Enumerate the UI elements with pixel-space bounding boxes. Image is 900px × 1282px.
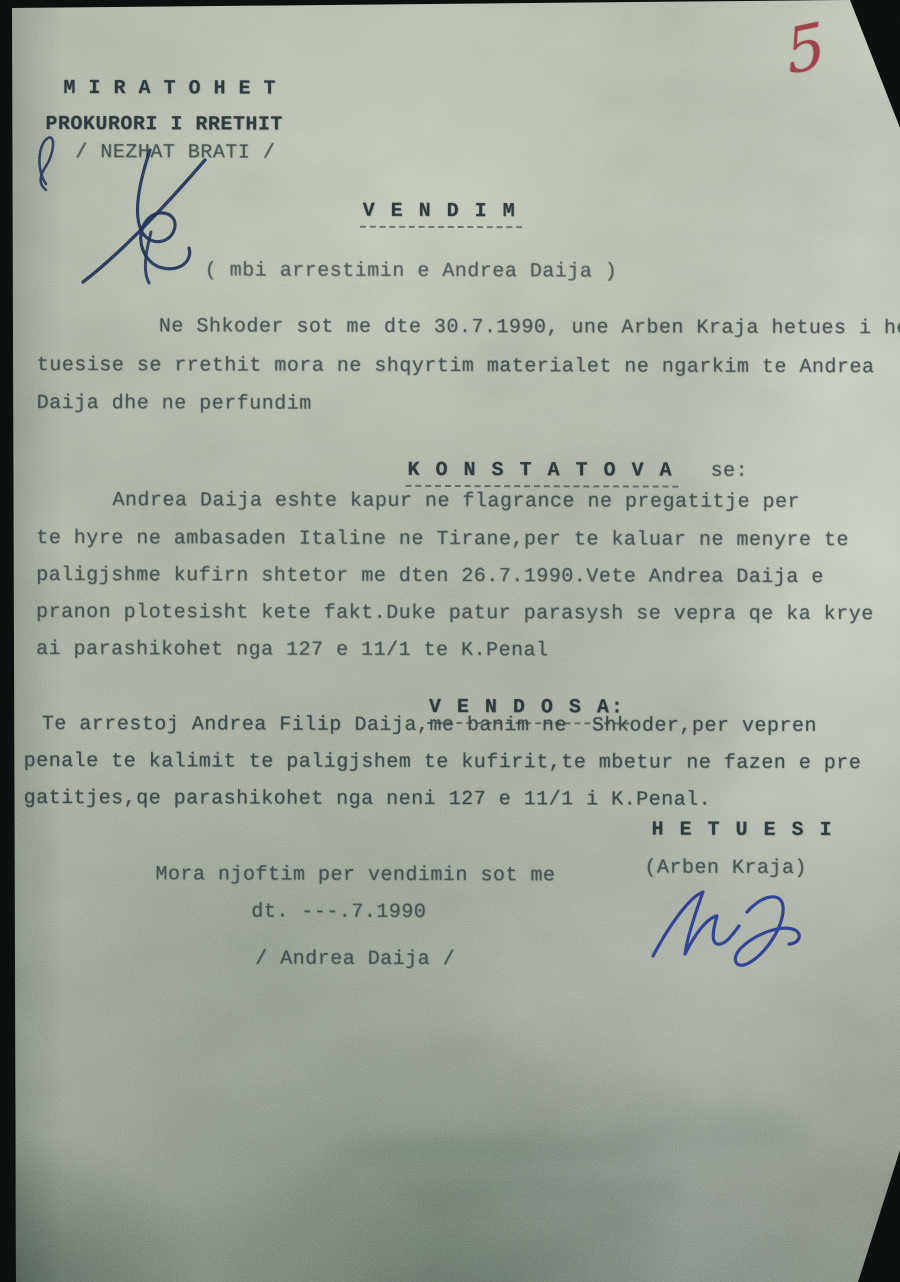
investigator-title: H E T U E S I [651,821,833,841]
findings-line: ai parashikohet nga 127 e 11/1 te K.Pena… [36,640,549,661]
notification-line: Mora njoftim per vendimin sot me [155,865,555,886]
intro-line: Daija dhe ne perfundim [37,394,312,415]
prosecutor-signature-mark [55,120,225,295]
notification-line: dt. ---.7.1990 [251,902,426,922]
ruling-line: penale te kalimit te paligjshem te kufir… [24,752,862,774]
notification-line: / Andrea Daija / [255,949,455,970]
intro-line: tuesise se rrethit mora ne shqyrtim mate… [37,356,875,378]
intro-line: Ne Shkoder sot me dte 30.7.1990, une Arb… [159,317,900,339]
findings-line: Andrea Daija eshte kapur ne flagrance ne… [112,491,800,513]
findings-heading-suffix: se: [710,460,748,483]
findings-line: pranon plotesisht kete fakt.Duke patur p… [36,603,874,625]
findings-line: paligjshme kufirn shtetor me dten 26.7.1… [36,566,824,588]
findings-line: te hyre ne ambasaden Italine ne Tirane,p… [36,529,849,551]
findings-heading: K O N S T A T O V A [405,461,678,488]
decision-title: V E N D I M [361,202,522,228]
margin-ink-mark [26,126,62,198]
ruling-line: Te arrestoj Andrea Filip Daija,me banim … [42,715,817,737]
investigator-signature-mark [635,878,815,978]
decision-title-wrap: V E N D I M [281,202,601,229]
approval-line-miratohet: M I R A T O H E T [63,79,276,100]
ruling-line: gatitjes,qe parashikohet nga neni 127 e … [24,789,712,811]
decision-subtitle: ( mbi arrestimin e Andrea Daija ) [151,261,671,282]
photographed-document: 5 M I R A T O H E T PROKURORI I RRETHIT … [0,0,900,1282]
investigator-name: (Arben Kraja) [644,859,807,879]
